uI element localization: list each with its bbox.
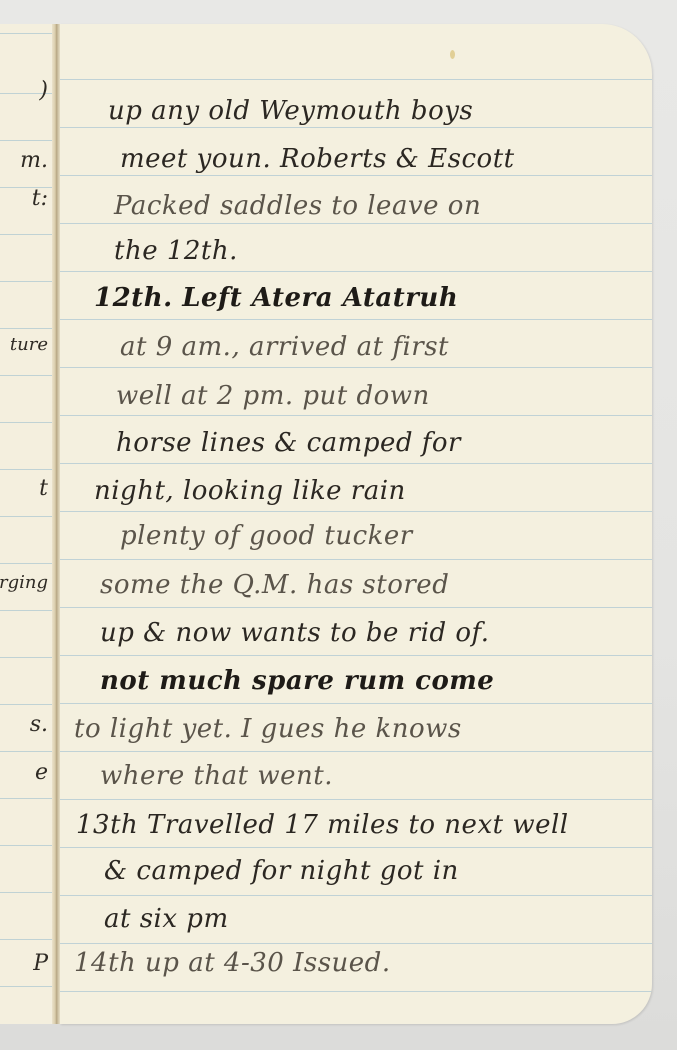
diary-line: where that went. [100, 763, 333, 789]
diary-entry-date-14: 14th up at 4-30 Issued. [74, 950, 391, 976]
left-page-fragment: s. [30, 714, 48, 736]
notebook-gutter [52, 24, 60, 1024]
diary-line: to light yet. I gues he knows [74, 716, 462, 742]
diary-line: up & now wants to be rid of. [100, 620, 489, 646]
left-page-fragment: e [35, 762, 48, 784]
diary-line: Packed saddles to leave on [114, 193, 481, 219]
diary-line: at 9 am., arrived at first [120, 334, 449, 360]
diary-line: night, looking like rain [94, 478, 406, 504]
diary-line: some the Q.M. has stored [100, 572, 449, 598]
notebook-scan: ) m. t: ture t rging s. e P up any old W… [0, 0, 677, 1050]
left-page-fragment: P [33, 953, 48, 975]
left-page-fragment: m. [20, 150, 48, 172]
diary-line: horse lines & camped for [116, 430, 461, 456]
left-page: ) m. t: ture t rging s. e P [0, 24, 60, 1024]
diary-entry-date-13: 13th Travelled 17 miles to next well [76, 812, 569, 838]
left-page-fragment: t: [32, 188, 48, 210]
left-page-fragment: t [39, 478, 48, 500]
diary-line: meet youn. Roberts & Escott [120, 146, 515, 172]
left-page-fragment: ture [10, 336, 48, 354]
left-page-fragment: rging [0, 574, 48, 592]
left-page-fragment: ) [39, 80, 48, 102]
diary-line: & camped for night got in [104, 858, 459, 884]
paper-stain [450, 50, 455, 59]
diary-line: at six pm [104, 906, 229, 932]
diary-entry-date-12: 12th. Left Atera Atatruh [94, 285, 458, 311]
diary-line: plenty of good tucker [120, 523, 413, 549]
right-page: up any old Weymouth boys meet youn. Robe… [60, 24, 652, 1024]
diary-line: well at 2 pm. put down [116, 383, 430, 409]
diary-line: up any old Weymouth boys [108, 98, 473, 124]
diary-line: not much spare rum come [100, 668, 494, 694]
diary-line: the 12th. [114, 238, 238, 264]
